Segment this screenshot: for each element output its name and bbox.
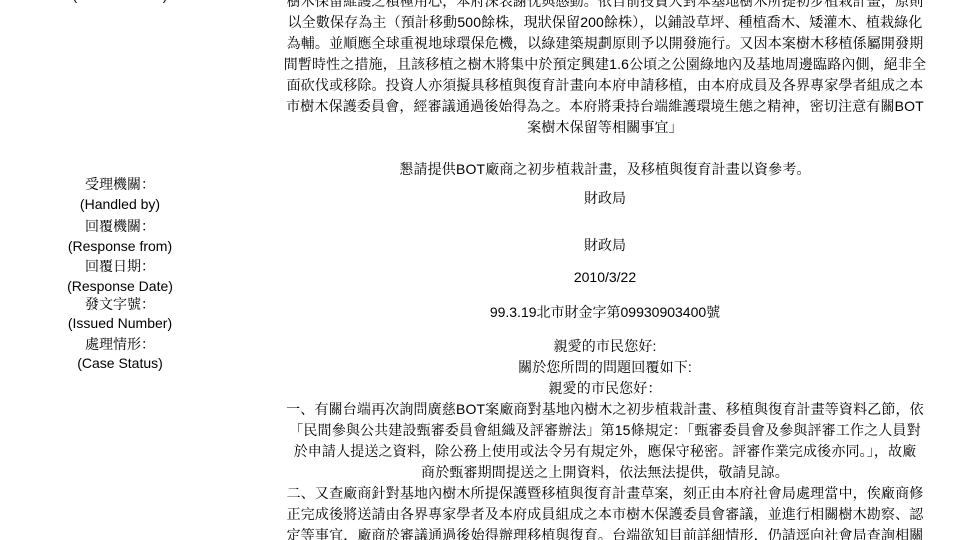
case-status-line: 一、有關台端再次詢問廣慈BOT案廠商對基地內樹木之初步植栽計畫、移植與復育計畫等… xyxy=(272,399,938,420)
case-content-line: 面砍伐或移除。投資人亦須擬具移植與復育計畫向本府申請移植，由本府成員及各界專家學… xyxy=(272,75,938,96)
case-content-line: 以全數保存為主（預計移動500餘株，現狀保留200餘株），以鋪設草坪、種植喬木、… xyxy=(272,12,938,33)
field-label-issued-number-en: (Issued Number) xyxy=(45,315,195,332)
field-label-response-date-en: (Response Date) xyxy=(45,278,195,295)
field-label-case-status: 處理情形： xyxy=(45,336,195,353)
case-content-line: 案樹木保留等相關事宜」 xyxy=(272,117,938,138)
field-label-case-content-en: (Case Content) xyxy=(45,0,195,4)
case-status-line: 關於您所問的問題回覆如下: xyxy=(272,357,938,378)
case-status-line: 定等事宜，廠商於審議通過後始得辦理移植與復育。台端欲知目前詳細情形，仍請逕向社會… xyxy=(272,525,938,540)
case-content-line: 市樹木保護委員會，經審議通過後始得為之。本府將秉持台端維護環境生態之精神，密切注… xyxy=(272,96,938,117)
case-status-line: 於申請人提送之資料，除公務上使用或法令另有規定外，應保守秘密。評審作業完成後亦同… xyxy=(272,441,938,462)
field-value-response-from: 財政局 xyxy=(272,237,938,254)
case-status-line: 「民間參與公共建設甄審委員會組織及評審辦法」第15條規定：「甄審委員會及參與評審… xyxy=(272,420,938,441)
mailbox-reply-document: (Case Content) 受理機關： (Handled by) 回覆機關： … xyxy=(0,0,964,540)
case-content-line: 懇請提供BOT廠商之初步植栽計畫，及移植與復育計畫以資參考。 xyxy=(272,159,938,180)
field-label-handled-by: 受理機關： xyxy=(45,176,195,193)
field-value-handled-by: 財政局 xyxy=(272,190,938,207)
field-label-response-from: 回覆機關： xyxy=(45,218,195,235)
field-label-handled-by-en: (Handled by) xyxy=(45,196,195,213)
case-content-line: 間暫時性之措施，且該移植之樹木將集中於預定興建1.6公頃之公園綠地內及基地周邊臨… xyxy=(272,54,938,75)
case-content-line xyxy=(272,138,938,159)
field-label-response-date: 回覆日期： xyxy=(45,258,195,275)
case-status-text: 親愛的市民您好: 關於您所問的問題回覆如下: 親愛的市民您好： 一、有關台端再次… xyxy=(272,336,938,540)
case-content-line: 樹木保留維護之積極用心，本府深表謝忱與感動。依目前投資人對本基地樹木所提初步植栽… xyxy=(272,0,938,12)
case-status-line: 親愛的市民您好： xyxy=(272,378,938,399)
field-value-response-date: 2010/3/22 xyxy=(272,269,938,286)
field-label-response-from-en: (Response from) xyxy=(45,238,195,255)
case-status-line: 親愛的市民您好: xyxy=(272,336,938,357)
case-status-line: 正完成後將送請由各界專家學者及本府成員組成之本市樹木保護委員會審議，並進行相關樹… xyxy=(272,504,938,525)
case-content-text: 樹木保留維護之積極用心，本府深表謝忱與感動。依目前投資人對本基地樹木所提初步植栽… xyxy=(272,0,938,180)
case-status-line: 商於甄審期間提送之上開資料，依法無法提供，敬請見諒。 xyxy=(272,462,938,483)
field-label-issued-number: 發文字號： xyxy=(45,296,195,313)
field-label-case-status-en: (Case Status) xyxy=(45,355,195,372)
case-status-line: 二、又查廠商針對基地內樹木所提保護暨移植與復育計畫草案，刻正由本府社會局處理當中… xyxy=(272,483,938,504)
case-content-line: 為輔。並順應全球重視地球環保危機，以綠建築規劃原則予以開發施行。又因本案樹木移植… xyxy=(272,33,938,54)
field-value-issued-number: 99.3.19北市財金字第09930903400號 xyxy=(272,304,938,321)
